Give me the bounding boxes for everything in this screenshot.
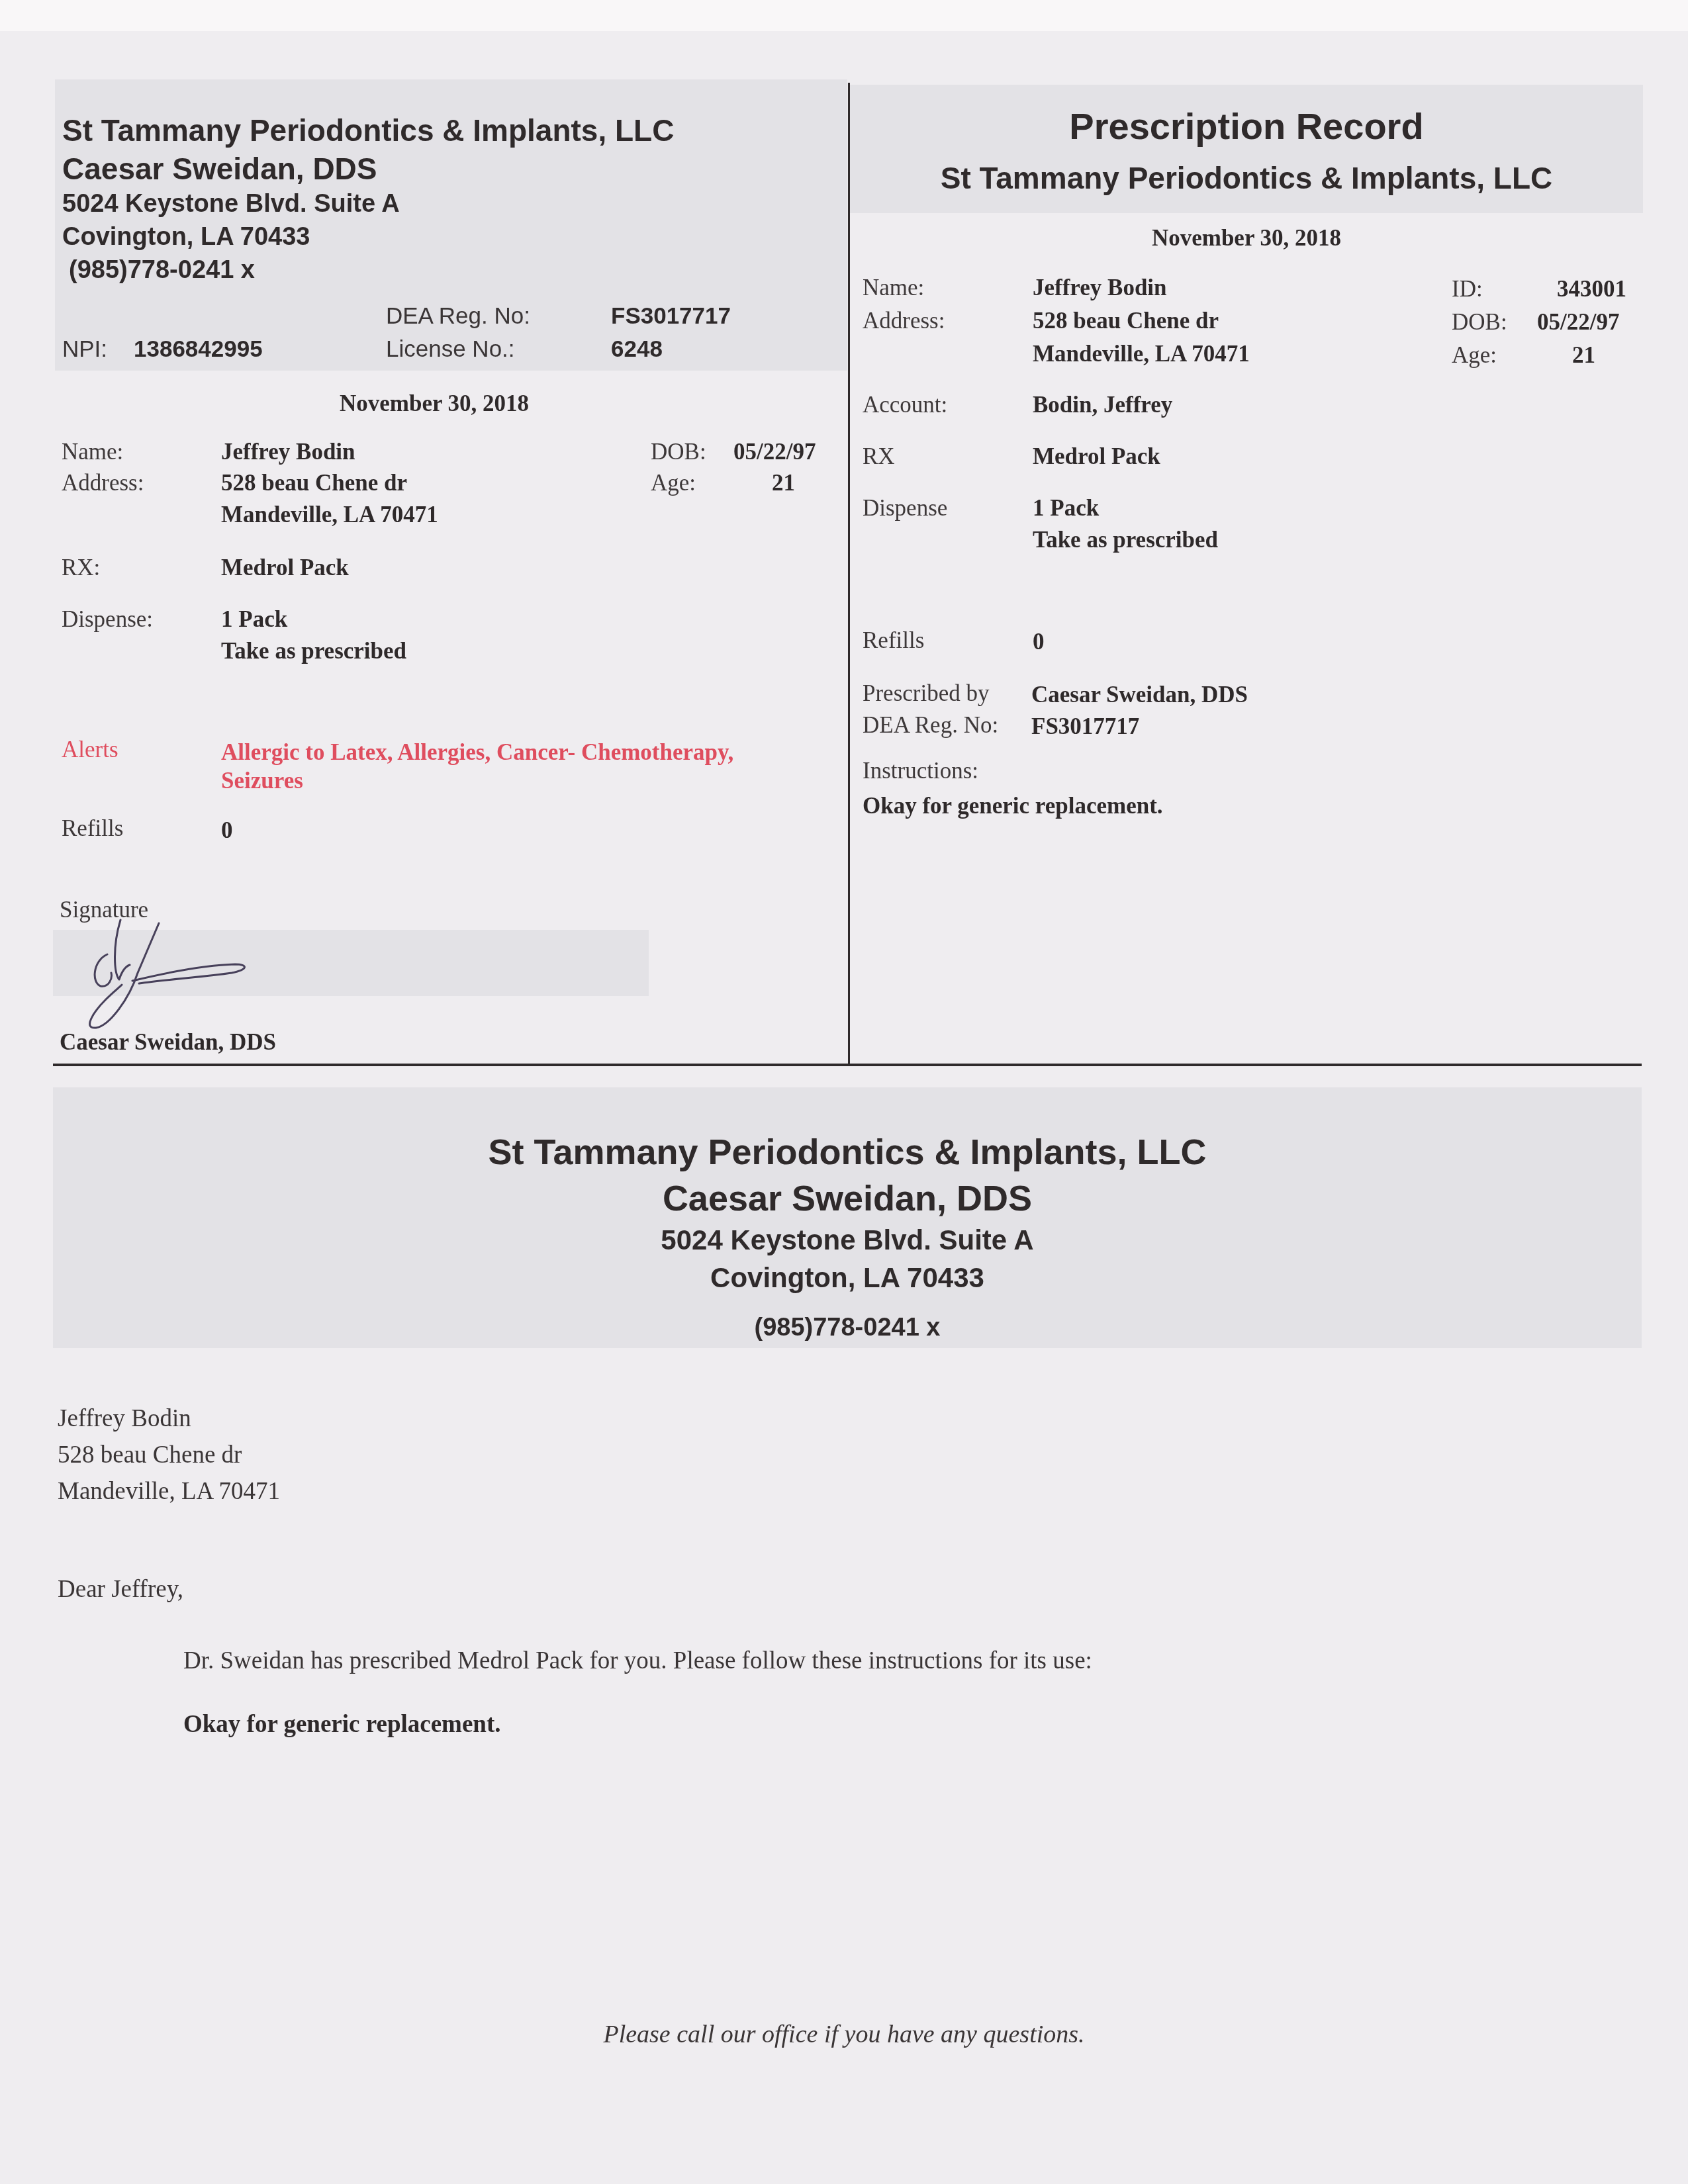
letter-salutation: Dear Jeffrey, <box>58 1575 183 1604</box>
instructions-label: Instructions: <box>863 758 978 784</box>
horizontal-divider <box>53 1064 1642 1066</box>
license-number: 6248 <box>611 336 663 363</box>
practice-address-line1: 5024 Keystone Blvd. Suite A <box>62 190 400 218</box>
recipient-name: Jeffrey Bodin <box>58 1404 191 1433</box>
patient-address-label: Address: <box>62 470 144 496</box>
practice-address-line2: Covington, LA 70433 <box>62 223 310 251</box>
record-dea-number: FS3017717 <box>1031 713 1139 740</box>
letter-address-line2: Covington, LA 70433 <box>53 1262 1642 1294</box>
alerts-line1: Allergic to Latex, Allergies, Cancer- Ch… <box>221 739 733 766</box>
practice-phone: (985)778-0241 x <box>69 256 255 285</box>
doctor-name: Caesar Sweidan, DDS <box>62 151 377 187</box>
dea-number: FS3017717 <box>611 303 731 330</box>
record-address-line1: 528 beau Chene dr <box>1033 308 1219 334</box>
letter-body: Dr. Sweidan has prescribed Medrol Pack f… <box>183 1647 1092 1675</box>
prescribed-by-label: Prescribed by <box>863 680 989 707</box>
record-name-label: Name: <box>863 275 924 301</box>
record-id: 343001 <box>1557 276 1626 302</box>
letter-doctor-name: Caesar Sweidan, DDS <box>53 1178 1642 1219</box>
record-address-line2: Mandeville, LA 70471 <box>1033 341 1250 367</box>
patient-dob-label: DOB: <box>651 439 706 465</box>
letter-closing: Please call our office if you have any q… <box>0 2020 1688 2049</box>
license-label: License No.: <box>386 336 515 363</box>
record-id-label: ID: <box>1452 276 1483 302</box>
refills-label: Refills <box>62 815 123 842</box>
record-address-label: Address: <box>863 308 945 334</box>
record-date: November 30, 2018 <box>850 225 1643 251</box>
prescription-date: November 30, 2018 <box>340 390 529 417</box>
letter-instructions: Okay for generic replacement. <box>183 1710 501 1739</box>
record-refills-label: Refills <box>863 627 924 654</box>
alerts-label: Alerts <box>62 737 118 763</box>
patient-dob: 05/22/97 <box>733 439 816 465</box>
signer-name: Caesar Sweidan, DDS <box>60 1029 276 1056</box>
patient-age-label: Age: <box>651 470 696 496</box>
alerts-line2: Seizures <box>221 768 303 794</box>
letter-address-line1: 5024 Keystone Blvd. Suite A <box>53 1224 1642 1256</box>
rx-label: RX: <box>62 555 100 581</box>
record-account-label: Account: <box>863 392 947 418</box>
dispense-directions: Take as prescribed <box>221 638 406 664</box>
record-dea-label: DEA Reg. No: <box>863 712 998 739</box>
rx-drug: Medrol Pack <box>221 555 349 581</box>
prescribed-by: Caesar Sweidan, DDS <box>1031 682 1248 708</box>
record-practice-name: St Tammany Periodontics & Implants, LLC <box>850 160 1643 196</box>
record-dispense-quantity: 1 Pack <box>1033 495 1099 522</box>
record-account: Bodin, Jeffrey <box>1033 392 1172 418</box>
patient-name: Jeffrey Bodin <box>221 439 355 465</box>
practice-name: St Tammany Periodontics & Implants, LLC <box>62 113 674 148</box>
letter-phone: (985)778-0241 x <box>53 1314 1642 1342</box>
recipient-address-line1: 528 beau Chene dr <box>58 1441 242 1469</box>
record-refills-count: 0 <box>1033 629 1045 655</box>
record-rx-drug: Medrol Pack <box>1033 443 1160 470</box>
recipient-address-line2: Mandeville, LA 70471 <box>58 1477 280 1506</box>
dea-label: DEA Reg. No: <box>386 303 530 330</box>
record-age-label: Age: <box>1452 342 1497 369</box>
patient-address-line2: Mandeville, LA 70471 <box>221 502 438 528</box>
record-name: Jeffrey Bodin <box>1033 275 1167 301</box>
record-instructions: Okay for generic replacement. <box>863 793 1163 819</box>
npi-number: 1386842995 <box>134 336 263 363</box>
patient-name-label: Name: <box>62 439 123 465</box>
npi-label: NPI: <box>62 336 107 363</box>
dispense-label: Dispense: <box>62 606 153 633</box>
record-title: Prescription Record <box>850 105 1643 148</box>
dispense-quantity: 1 Pack <box>221 606 287 633</box>
refills-count: 0 <box>221 817 233 844</box>
record-dispense-directions: Take as prescribed <box>1033 527 1218 553</box>
patient-age: 21 <box>772 470 795 496</box>
record-dob: 05/22/97 <box>1537 309 1619 336</box>
record-rx-label: RX <box>863 443 895 470</box>
record-dispense-label: Dispense <box>863 495 947 522</box>
record-age: 21 <box>1572 342 1595 369</box>
patient-address-line1: 528 beau Chene dr <box>221 470 407 496</box>
letter-practice-name: St Tammany Periodontics & Implants, LLC <box>53 1132 1642 1173</box>
record-dob-label: DOB: <box>1452 309 1507 336</box>
signature-icon <box>73 907 338 1032</box>
